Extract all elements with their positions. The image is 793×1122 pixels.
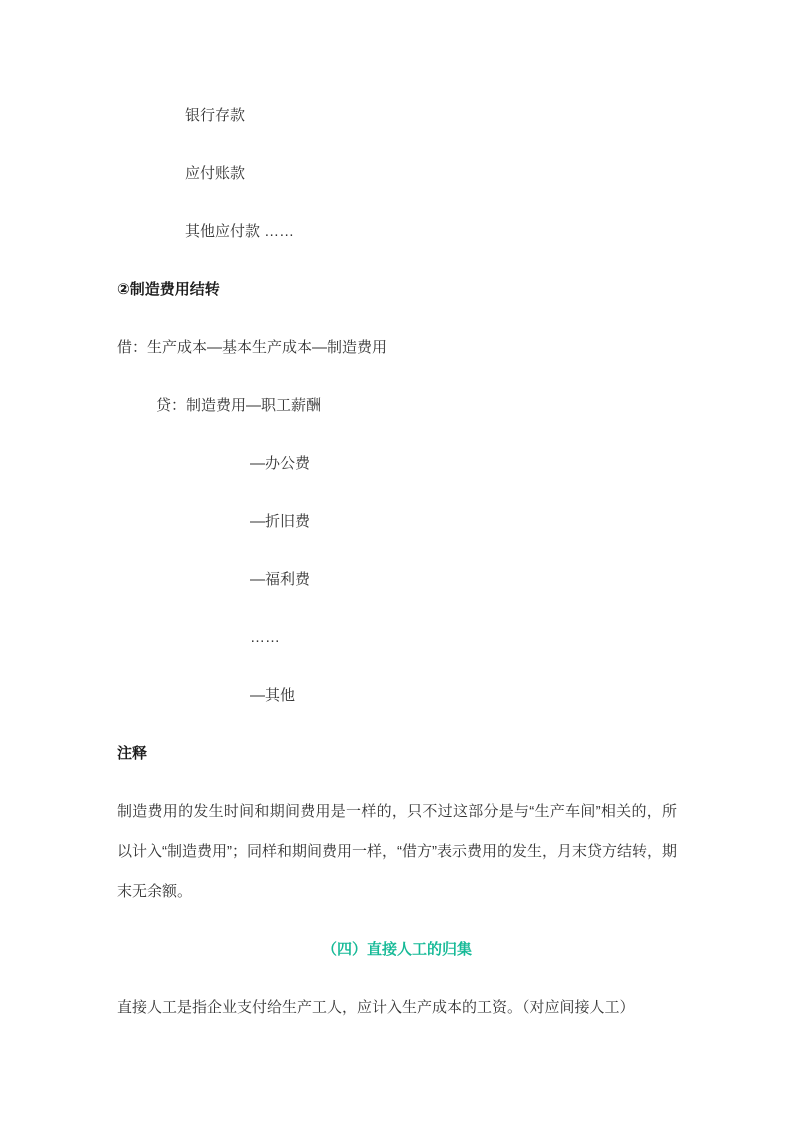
credit-account-item: 其他应付款 …… (117, 212, 677, 252)
credit-sub-item: —折旧费 (117, 502, 677, 542)
note-paragraph: 制造费用的发生时间和期间费用是一样的，只不过这部分是与“生产车间”相关的，所以计… (117, 792, 677, 912)
section-heading-manufacturing-cost-transfer: ②制造费用结转 (117, 270, 677, 310)
credit-sub-item-ellipsis: …… (117, 618, 677, 658)
journal-entry-credit-line: 贷：制造费用—职工薪酬 (117, 386, 677, 426)
document-content: 银行存款 应付账款 其他应付款 …… ②制造费用结转 借：生产成本—基本生产成本… (117, 96, 677, 1046)
credit-sub-item: —其他 (117, 676, 677, 716)
journal-entry-debit-line: 借：生产成本—基本生产成本—制造费用 (117, 328, 677, 368)
credit-sub-item: —办公费 (117, 444, 677, 484)
credit-account-item: 银行存款 (117, 96, 677, 136)
credit-account-item: 应付账款 (117, 154, 677, 194)
credit-sub-item: —福利费 (117, 560, 677, 600)
section-heading-direct-labor: （四）直接人工的归集 (117, 930, 677, 970)
note-heading: 注释 (117, 734, 677, 774)
document-page: 银行存款 应付账款 其他应付款 …… ②制造费用结转 借：生产成本—基本生产成本… (0, 0, 793, 1122)
direct-labor-paragraph: 直接人工是指企业支付给生产工人，应计入生产成本的工资。（对应间接人工） (117, 988, 677, 1028)
